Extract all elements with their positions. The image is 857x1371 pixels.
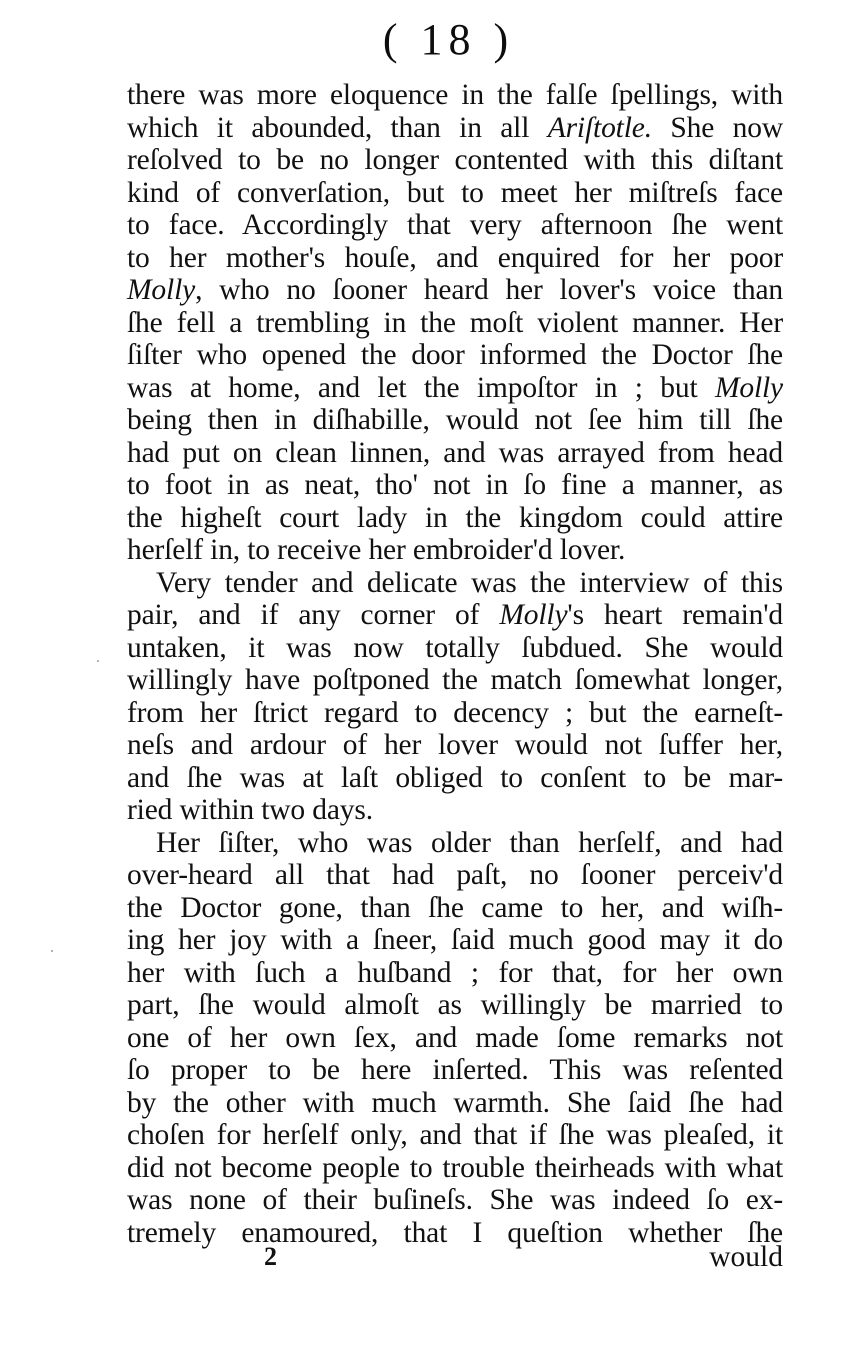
text-segment: did not become people to trouble theirhe… — [127, 1152, 783, 1184]
text-line: over-heard all that had paſt, no ſooner … — [127, 859, 783, 892]
text-segment: the Doctor gone, than ſhe came to her, a… — [127, 892, 783, 924]
text-line: there was more eloquence in the falſe ſp… — [127, 79, 783, 112]
text-line: was none of their buſineſs. She was inde… — [127, 1184, 783, 1217]
text-line: and ſhe was at laſt obliged to conſent t… — [127, 762, 783, 795]
text-segment: being then in diſhabille, would not ſee … — [127, 404, 783, 436]
book-page: ( 18 ) there was more eloquence in the f… — [0, 0, 857, 1371]
text-segment: untaken, it was now totally ſubdued. She… — [127, 632, 783, 664]
text-segment: and ſhe was at laſt obliged to conſent t… — [127, 762, 783, 794]
text-segment: was none of their buſineſs. She was inde… — [127, 1184, 783, 1216]
text-line: Molly, who no ſooner heard her lover's v… — [127, 274, 783, 307]
text-line: the higheſt court lady in the kingdom co… — [127, 502, 783, 535]
text-segment: her with ſuch a huſband ; for that, for … — [127, 957, 783, 989]
text-segment: ſiſter who opened the door informed the … — [127, 339, 783, 371]
text-segment: herſelf in, to receive her embroider'd l… — [127, 534, 625, 566]
text-line: to face. Accordingly that very afternoon… — [127, 209, 783, 242]
text-line: Her ſiſter, who was older than herſelf, … — [127, 827, 783, 860]
text-segment: was at home, and let the impoſtor in ; b… — [127, 372, 715, 404]
text-line: by the other with much warmth. She ſaid … — [127, 1087, 783, 1120]
text-line: had put on clean linnen, and was arrayed… — [127, 437, 783, 470]
text-line: kind of converſation, but to meet her mi… — [127, 177, 783, 210]
text-line: ſo proper to be here inſerted. This was … — [127, 1054, 783, 1087]
catchword: would — [709, 1241, 783, 1273]
text-line: willingly have poſtponed the match ſomew… — [127, 664, 783, 697]
text-segment: part, ſhe would almoſt as willingly be m… — [127, 989, 783, 1021]
text-segment: from her ſtrict regard to decency ; but … — [127, 697, 783, 729]
text-segment: ſhe fell a trembling in the moſt violent… — [127, 307, 783, 339]
text-line: choſen for herſelf only, and that if ſhe… — [127, 1119, 783, 1152]
text-line: ing her joy with a ſneer, ſaid much good… — [127, 924, 783, 957]
text-segment: Very tender and delicate was the intervi… — [156, 567, 783, 599]
text-line: ried within two days. — [127, 794, 783, 827]
text-segment: choſen for herſelf only, and that if ſhe… — [127, 1119, 783, 1151]
signature-mark: 2 — [264, 1241, 277, 1273]
text-segment: neſs and ardour of her lover would not ſ… — [127, 729, 783, 761]
text-segment: to her mother's houſe, and enquired for … — [127, 242, 783, 274]
text-segment: had put on clean linnen, and was arrayed… — [127, 437, 783, 469]
text-line: to foot in as neat, tho' not in ſo fine … — [127, 469, 783, 502]
italic-name: Ariſtotle. — [548, 112, 652, 144]
text-segment: ſo proper to be here inſerted. This was … — [127, 1054, 783, 1086]
text-segment: the higheſt court lady in the kingdom co… — [127, 502, 783, 534]
text-segment: to face. Accordingly that very afternoon… — [127, 209, 783, 241]
text-line: did not become people to trouble theirhe… — [127, 1152, 783, 1185]
text-segment: 's heart remain'd — [567, 599, 783, 631]
page-number-header: ( 18 ) — [0, 14, 857, 66]
page-footer: 2 would — [127, 1241, 783, 1273]
text-line: from her ſtrict regard to decency ; but … — [127, 697, 783, 730]
text-segment: ing her joy with a ſneer, ſaid much good… — [127, 924, 783, 956]
text-line: which it abounded, than in all Ariſtotle… — [127, 112, 783, 145]
text-segment: reſolved to be no longer contented with … — [127, 144, 783, 176]
text-segment: which it abounded, than in all — [127, 112, 548, 144]
text-line: ſiſter who opened the door informed the … — [127, 339, 783, 372]
text-line: to her mother's houſe, and enquired for … — [127, 242, 783, 275]
text-line: Very tender and delicate was the intervi… — [127, 567, 783, 600]
text-line: herſelf in, to receive her embroider'd l… — [127, 534, 783, 567]
text-segment: kind of converſation, but to meet her mi… — [127, 177, 783, 209]
scan-speck — [97, 660, 99, 662]
text-segment: to foot in as neat, tho' not in ſo fine … — [127, 469, 783, 501]
text-line: the Doctor gone, than ſhe came to her, a… — [127, 892, 783, 925]
text-segment: She now — [652, 112, 783, 144]
italic-name: Molly — [499, 599, 567, 631]
text-line: being then in diſhabille, would not ſee … — [127, 404, 783, 437]
text-segment: Her ſiſter, who was older than herſelf, … — [156, 827, 783, 859]
text-line: part, ſhe would almoſt as willingly be m… — [127, 989, 783, 1022]
text-line: ſhe fell a trembling in the moſt violent… — [127, 307, 783, 340]
body-text: there was more eloquence in the falſe ſp… — [127, 79, 783, 1249]
text-line: reſolved to be no longer contented with … — [127, 144, 783, 177]
text-segment: over-heard all that had paſt, no ſooner … — [127, 859, 783, 891]
text-segment: one of her own ſex, and made ſome remark… — [127, 1022, 783, 1054]
text-line: pair, and if any corner of Molly's heart… — [127, 599, 783, 632]
text-line: her with ſuch a huſband ; for that, for … — [127, 957, 783, 990]
text-line: neſs and ardour of her lover would not ſ… — [127, 729, 783, 762]
text-line: one of her own ſex, and made ſome remark… — [127, 1022, 783, 1055]
text-segment: pair, and if any corner of — [127, 599, 499, 631]
italic-name: Molly — [127, 274, 195, 306]
text-line: was at home, and let the impoſtor in ; b… — [127, 372, 783, 405]
text-segment: ried within two days. — [127, 794, 373, 826]
text-segment: willingly have poſtponed the match ſomew… — [127, 664, 783, 696]
text-segment: there was more eloquence in the falſe ſp… — [127, 79, 783, 111]
text-segment: , who no ſooner heard her lover's voice … — [195, 274, 783, 306]
scan-speck — [51, 950, 53, 952]
text-line: untaken, it was now totally ſubdued. She… — [127, 632, 783, 665]
text-segment: by the other with much warmth. She ſaid … — [127, 1087, 783, 1119]
italic-name: Molly — [715, 372, 783, 404]
